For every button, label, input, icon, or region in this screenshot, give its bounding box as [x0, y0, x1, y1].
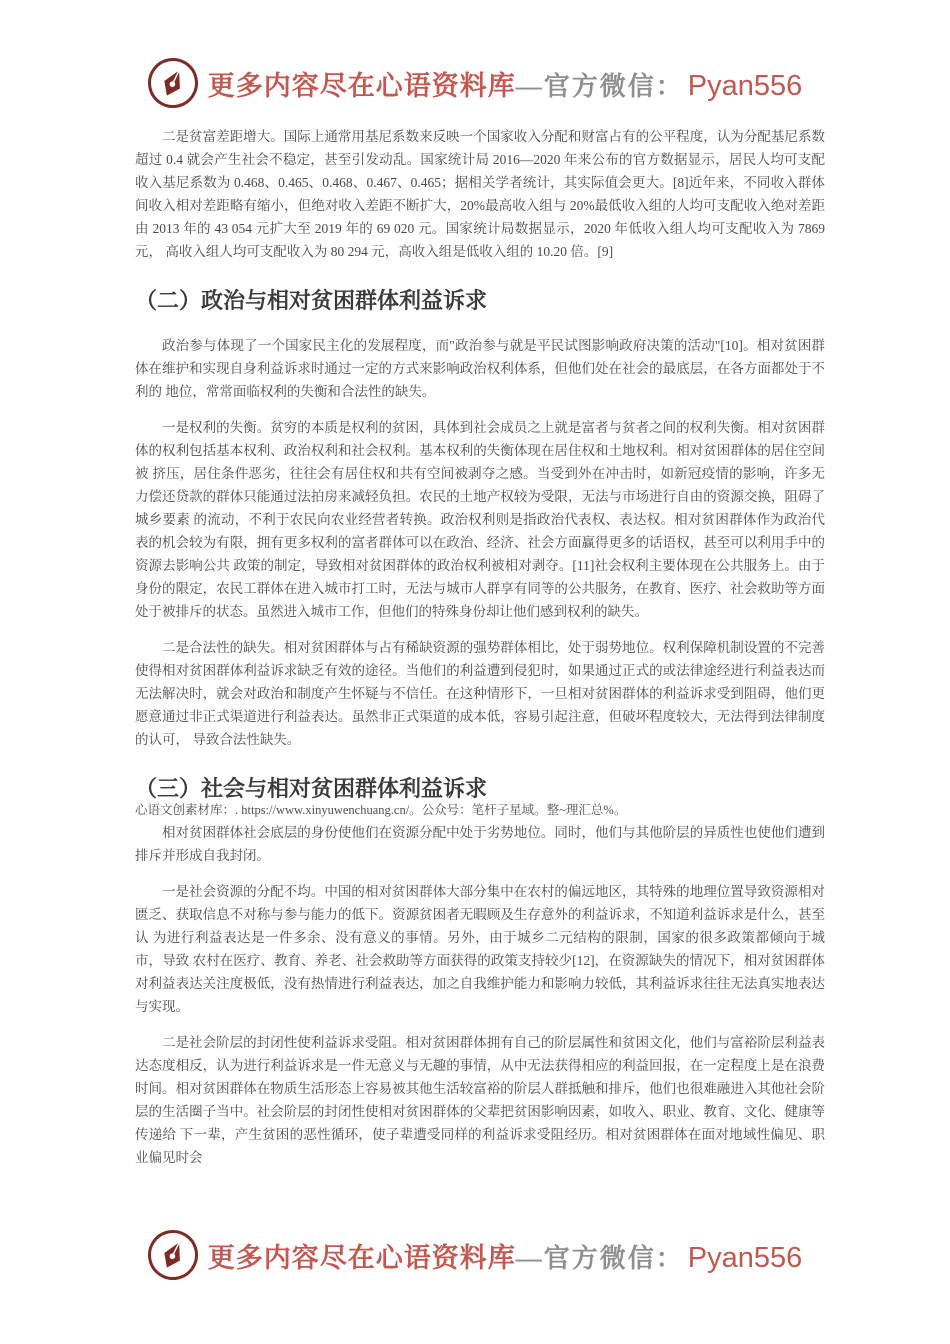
watermark-note-line: 心语文创素材库：. https://www.xinyuwenchuang.cn/…: [135, 802, 825, 819]
header-watermark: 更多内容尽在心语资料库—官方微信： Pyan556: [0, 58, 950, 108]
watermark-wechat-label: —官方微信：: [516, 1244, 684, 1273]
watermark-text: 更多内容尽在心语资料库—官方微信： Pyan556: [208, 64, 803, 103]
pen-logo-icon: [143, 1225, 202, 1284]
document-body: 二是贫富差距增大。国际上通常用基尼系数来反映一个国家收入分配和财富占有的公平程度…: [135, 125, 825, 1182]
paragraph-wealth-gap: 二是贫富差距增大。国际上通常用基尼系数来反映一个国家收入分配和财富占有的公平程度…: [135, 125, 825, 263]
pen-logo-icon: [143, 53, 202, 112]
paragraph-resource-distribution: 一是社会资源的分配不均。中国的相对贫困群体大部分集中在农村的偏远地区，其特殊的地…: [135, 880, 825, 1018]
paragraph-legitimacy-lack: 二是合法性的缺失。相对贫困群体与占有稀缺资源的强势群体相比，处于弱势地位。权利保…: [135, 636, 825, 751]
paragraph-class-closure: 二是社会阶层的封闭性使利益诉求受阻。相对贫困群体拥有自己的阶层属性和贫困文化，他…: [135, 1031, 825, 1169]
heading-politics-section: （二）政治与相对贫困群体利益诉求: [135, 289, 825, 312]
watermark-brand-text: 更多内容尽在心语资料库: [208, 1243, 516, 1273]
paragraph-political-participation: 政治参与体现了一个国家民主化的发展程度，而"政治参与就是平民试图影响政府决策的活…: [135, 334, 825, 403]
watermark-wechat-label: —官方微信：: [516, 72, 684, 101]
footer-watermark: 更多内容尽在心语资料库—官方微信： Pyan556: [0, 1230, 950, 1280]
heading-society-section: （三）社会与相对贫困群体利益诉求: [135, 777, 825, 800]
watermark-wechat-id: Pyan556: [688, 70, 803, 102]
paragraph-rights-imbalance: 一是权利的失衡。贫穷的本质是权利的贫困，具体到社会成员之上就是富者与贫者之间的权…: [135, 416, 825, 623]
watermark-text: 更多内容尽在心语资料库—官方微信： Pyan556: [208, 1236, 803, 1275]
paragraph-social-status: 相对贫困群体社会底层的身份使他们在资源分配中处于劣势地位。同时，他们与其他阶层的…: [135, 821, 825, 867]
watermark-brand-text: 更多内容尽在心语资料库: [208, 71, 516, 101]
watermark-wechat-id: Pyan556: [688, 1242, 803, 1274]
